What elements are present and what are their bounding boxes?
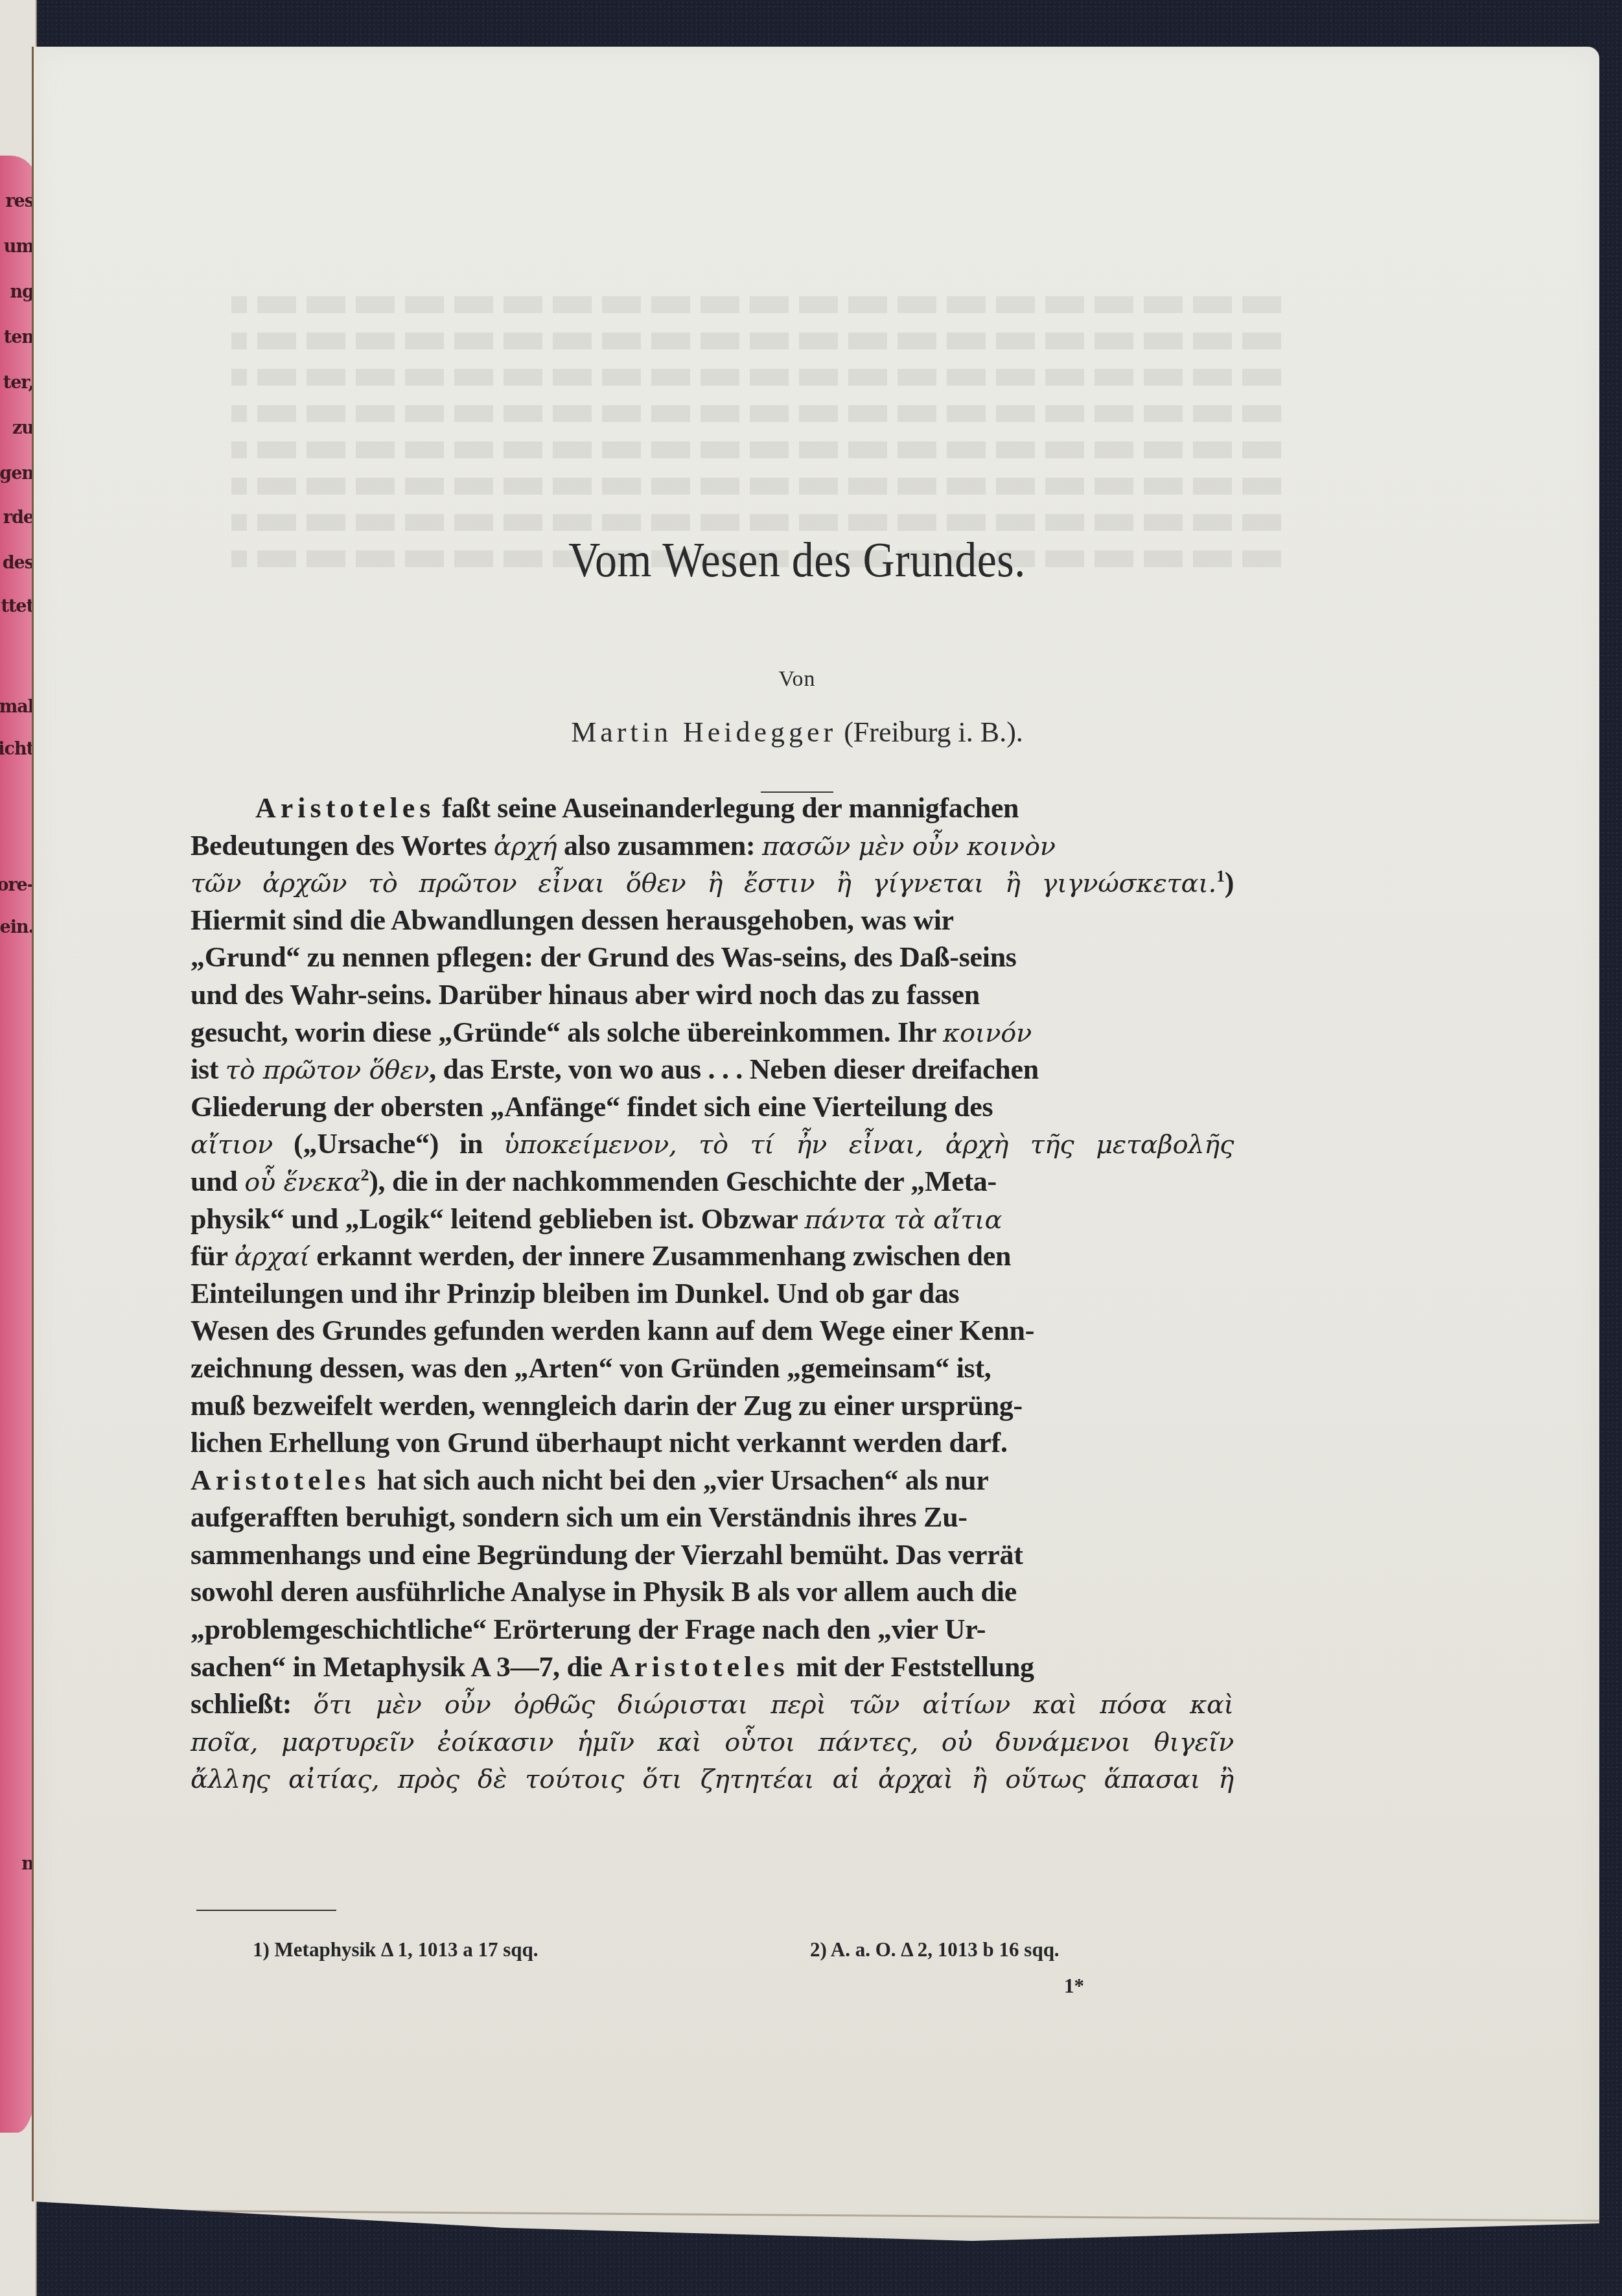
body-line: gesucht, worin diese „Gründe“ als solche… xyxy=(191,1014,1234,1051)
text-run: Wesen des Grundes gefunden werden kann a… xyxy=(191,1315,1034,1346)
text-run: sachen“ in Metaphysik A 3—7, die xyxy=(191,1651,610,1683)
body-line: sowohl deren ausführliche Analyse in Phy… xyxy=(191,1573,1234,1611)
text-run: Gliederung der obersten „Anfänge“ findet… xyxy=(191,1091,993,1123)
greek-quote: ἄλλης αἰτίας, πρὸς δὲ τούτοις ὅτι ζητητέ… xyxy=(191,1764,1234,1794)
body-line: Bedeutungen des Wortes ἀρχή also zusamme… xyxy=(191,827,1234,865)
text-run: „Grund“ zu nennen pflegen: der Grund des… xyxy=(191,941,1017,973)
body-line: für ἀρχαί erkannt werden, der innere Zus… xyxy=(191,1237,1234,1275)
text-run: gesucht, worin diese „Gründe“ als solche… xyxy=(191,1016,943,1048)
text-run: Bedeutungen des Wortes xyxy=(191,830,494,861)
greek-quote: αἴτιον xyxy=(191,1130,273,1160)
name-emphasis: Aristoteles xyxy=(191,1464,370,1496)
body-line: aufgerafften beruhigt, sondern sich um e… xyxy=(191,1499,1234,1536)
body-line: αἴτιον („Ursache“) in ὑποκείμενον, τὸ τί… xyxy=(191,1125,1234,1163)
footnote-2: 2) A. a. O. Δ 2, 1013 b 16 sqq. xyxy=(810,1938,1060,1962)
body-line: lichen Erhellung von Grund überhaupt nic… xyxy=(191,1424,1234,1462)
text-run: also zusammen: xyxy=(557,830,762,861)
page-title: Vom Wesen des Grundes. xyxy=(14,531,1580,588)
footnote-ref: 1 xyxy=(1216,867,1225,885)
text-run: lichen Erhellung von Grund überhaupt nic… xyxy=(191,1427,1008,1458)
text-run: mit der Feststellung xyxy=(789,1651,1034,1683)
body-line: Aristoteles hat sich auch nicht bei den … xyxy=(191,1462,1234,1499)
text-run: Einteilungen und ihr Prinzip bleiben im … xyxy=(191,1278,959,1309)
byline-prefix: Von xyxy=(14,667,1580,692)
left-page-fragment: icht xyxy=(0,739,34,759)
signature-mark: 1* xyxy=(1064,1974,1084,1998)
text-run: muß bezweifelt werden, wenngleich darin … xyxy=(191,1390,1023,1422)
text-run: und xyxy=(191,1166,244,1197)
body-line: Aristoteles faßt seine Auseinanderlegung… xyxy=(191,790,1234,827)
left-page-fragment: res xyxy=(5,191,34,211)
text-run: hat sich auch nicht bei den „vier Ursach… xyxy=(370,1464,988,1496)
greek-quote: τὸ πρῶτον ὅθεν xyxy=(226,1055,429,1085)
body-line: zeichnung dessen, was den „Arten“ von Gr… xyxy=(191,1350,1234,1387)
left-page-fragment: rde xyxy=(3,508,34,528)
text-run: schließt: xyxy=(191,1688,314,1720)
text-run: faßt seine Auseinanderlegung der mannigf… xyxy=(435,792,1019,824)
text-run: („Ursache“) in xyxy=(273,1128,504,1160)
text-run: sowohl deren ausführliche Analyse in Phy… xyxy=(191,1576,1017,1608)
footnote-ref: 2 xyxy=(360,1166,369,1184)
footnote-divider xyxy=(196,1910,336,1911)
left-page-fragment: ten xyxy=(4,327,34,347)
left-page-fragment: zu xyxy=(12,418,34,438)
footnote-1: 1) Metaphysik Δ 1, 1013 a 17 sqq. xyxy=(253,1938,539,1962)
greek-quote: ποῖα, μαρτυρεῖν ἐοίκασιν ἡμῖν καὶ οὗτοι … xyxy=(191,1728,1234,1757)
body-line: sachen“ in Metaphysik A 3—7, die Aristot… xyxy=(191,1648,1234,1686)
left-page-fragment: ein. xyxy=(0,917,34,937)
left-page-fragment: des xyxy=(3,553,34,573)
left-page-fragment: gen xyxy=(0,463,34,484)
text-run: zeichnung dessen, was den „Arten“ von Gr… xyxy=(191,1352,991,1384)
body-line: schließt: ὅτι μὲν οὖν ὀρθῶς διώρισται πε… xyxy=(191,1685,1234,1723)
greek-quote: κοινόν xyxy=(943,1018,1032,1048)
left-page-fragment: ng xyxy=(10,282,34,302)
text-run: für xyxy=(191,1240,235,1272)
text-run: ), die in der nachkommenden Geschichte d… xyxy=(369,1166,997,1197)
greek-quote: ὑποκείμενον, τὸ τί ἦν εἶναι, ἀρχὴ τῆς με… xyxy=(504,1130,1234,1160)
author-line: Martin Heidegger (Freiburg i. B.). xyxy=(14,716,1580,749)
text-run: erkannt werden, der innere Zusammenhang … xyxy=(310,1240,1012,1272)
left-page-fragment: ter, xyxy=(3,373,34,393)
greek-quote: οὗ ἕνεκα xyxy=(244,1167,360,1197)
body-line: und des Wahr-seins. Darüber hinaus aber … xyxy=(191,976,1234,1014)
body-line: ist τὸ πρῶτον ὅθεν, das Erste, von wo au… xyxy=(191,1051,1234,1088)
body-line: ποῖα, μαρτυρεῖν ἐοίκασιν ἡμῖν καὶ οὗτοι … xyxy=(191,1723,1234,1761)
body-line: τῶν ἀρχῶν τὸ πρῶτον εἶναι ὅθεν ἢ ἔστιν ἢ… xyxy=(191,864,1234,902)
bleed-through-text xyxy=(231,277,1281,568)
body-line: „Grund“ zu nennen pflegen: der Grund des… xyxy=(191,939,1234,976)
name-emphasis: Aristoteles xyxy=(255,792,435,824)
left-page-fragment: um xyxy=(4,237,34,257)
body-line: muß bezweifelt werden, wenngleich darin … xyxy=(191,1387,1234,1425)
greek-quote: πασῶν μὲν οὖν κοινὸν xyxy=(762,832,1056,861)
left-page-fragment: ttet xyxy=(1,596,34,616)
text-run: , das Erste, von wo aus . . . Neben dies… xyxy=(429,1053,1039,1085)
body-line: Einteilungen und ihr Prinzip bleiben im … xyxy=(191,1275,1234,1313)
greek-quote: ἀρχαί xyxy=(235,1242,310,1272)
text-run: aufgerafften beruhigt, sondern sich um e… xyxy=(191,1501,967,1533)
text-run: physik“ und „Logik“ leitend geblieben is… xyxy=(191,1203,805,1235)
body-text: Aristoteles faßt seine Auseinanderlegung… xyxy=(191,790,1234,1798)
greek-quote: πάντα τὰ αἴτια xyxy=(805,1205,1002,1235)
greek-quote: τῶν ἀρχῶν τὸ πρῶτον εἶναι ὅθεν ἢ ἔστιν ἢ… xyxy=(191,869,1216,898)
text-run: sammenhangs und eine Begründung der Vier… xyxy=(191,1539,1023,1571)
body-line: ἄλλης αἰτίας, πρὸς δὲ τούτοις ὅτι ζητητέ… xyxy=(191,1760,1234,1798)
body-line: sammenhangs und eine Begründung der Vier… xyxy=(191,1536,1234,1574)
greek-quote: ἀρχή xyxy=(494,832,557,861)
greek-quote: ὅτι μὲν οὖν ὀρθῶς διώρισται περὶ τῶν αἰτ… xyxy=(314,1690,1234,1720)
text-run: und des Wahr-seins. Darüber hinaus aber … xyxy=(191,979,980,1011)
pink-leaf-edge: resumngtenter,zugenrdedesttetmalichtore-… xyxy=(0,156,36,2133)
author-affiliation: (Freiburg i. B.). xyxy=(844,716,1023,748)
body-line: Gliederung der obersten „Anfänge“ findet… xyxy=(191,1088,1234,1126)
body-line: „problemgeschichtliche“ Erörterung der F… xyxy=(191,1611,1234,1648)
author-name: Martin Heidegger xyxy=(571,716,837,748)
text-run: „problemgeschichtliche“ Erörterung der F… xyxy=(191,1613,986,1645)
body-line: und οὗ ἕνεκα2), die in der nachkommenden… xyxy=(191,1163,1234,1201)
left-page-fragment: mal xyxy=(0,697,34,717)
body-line: physik“ und „Logik“ leitend geblieben is… xyxy=(191,1201,1234,1238)
text-run: ist xyxy=(191,1053,226,1085)
text-run: Hiermit sind die Abwandlungen dessen her… xyxy=(191,904,954,936)
left-page-fragment: ore- xyxy=(0,875,34,895)
body-line: Hiermit sind die Abwandlungen dessen her… xyxy=(191,902,1234,939)
text-run: ) xyxy=(1225,867,1234,898)
name-emphasis: Aristoteles xyxy=(610,1651,789,1683)
body-line: Wesen des Grundes gefunden werden kann a… xyxy=(191,1312,1234,1350)
